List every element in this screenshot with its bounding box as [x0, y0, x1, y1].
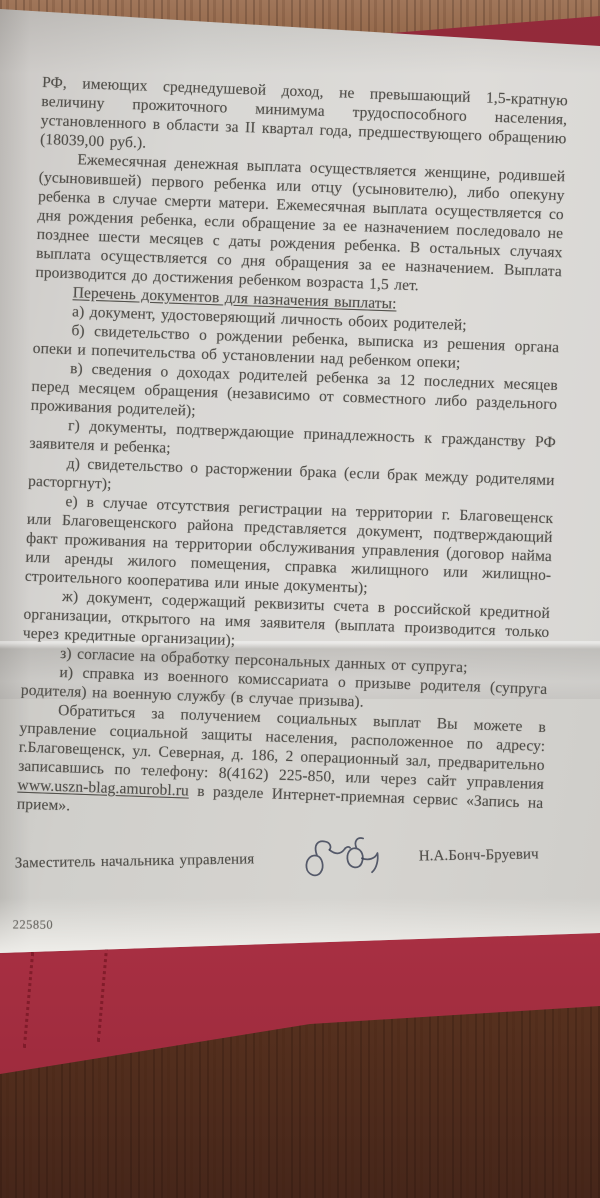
signatory-position: Заместитель начальника управления — [15, 850, 255, 873]
paragraph-payment-rules: Ежемесячная денежная выплата осуществляе… — [35, 149, 565, 300]
signatory-name: Н.А.Бонч-Бруевич — [419, 845, 539, 866]
folder-stitch-seam — [97, 946, 108, 1042]
phone-code: 225850 — [13, 916, 539, 937]
document-text: РФ, имеющих среднедушевой доход, не прев… — [0, 28, 600, 954]
list-item-e: е) в случае отсутствия регистрации на те… — [25, 491, 554, 604]
signature-block: Заместитель начальника управления Н.А.Бо… — [14, 830, 541, 887]
signature-scribble — [296, 833, 389, 883]
folder-stitch-seam — [23, 952, 34, 1048]
photo-of-document: РФ, имеющих среднедушевой доход, не прев… — [0, 0, 600, 1198]
contact-paragraph: Обратиться за получением социальных выпл… — [17, 700, 547, 832]
